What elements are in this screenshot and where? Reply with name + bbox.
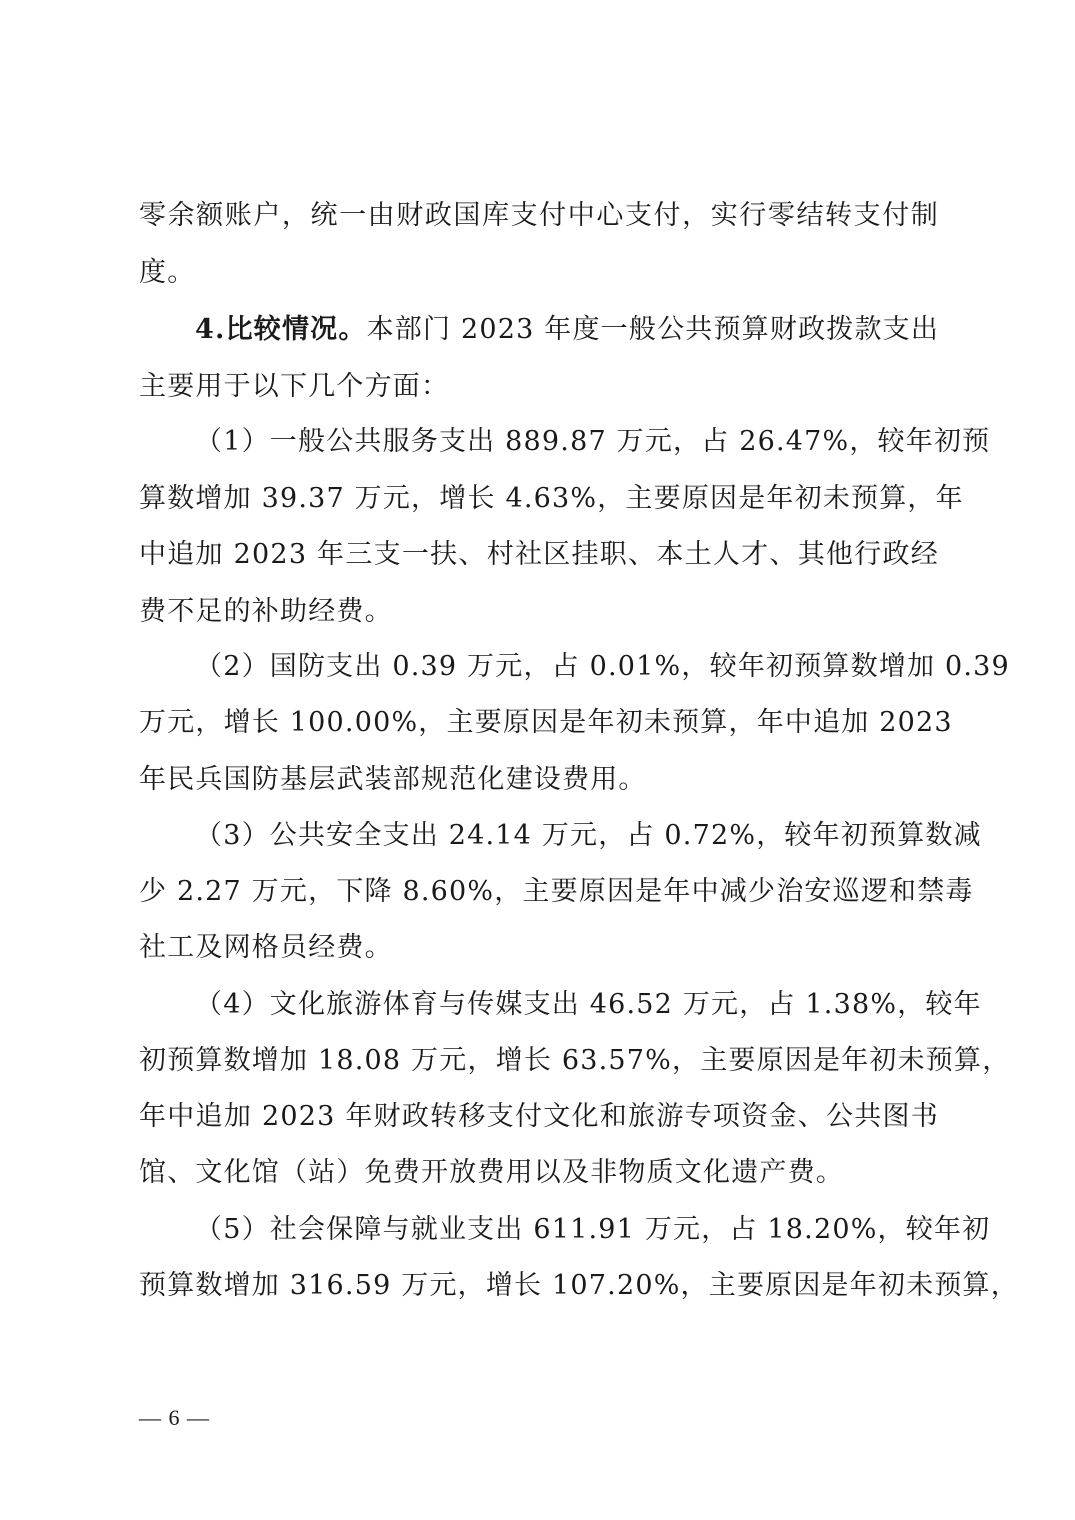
body-text-line: 算数增加 39.37 万元，增长 4.63%，主要原因是年初未预算，年 [139,481,939,517]
body-text-line: 初预算数增加 18.08 万元，增长 63.57%，主要原因是年初未预算， [139,1043,939,1079]
body-text-line: 费不足的补助经费。 [139,594,939,630]
body-text-line: 预算数增加 316.59 万元，增长 107.20%，主要原因是年初未预算， [139,1268,939,1304]
body-text-line: 中追加 2023 年三支一扶、村社区挂职、本土人才、其他行政经 [139,537,939,573]
body-text-line: 少 2.27 万元，下降 8.60%，主要原因是年中减少治安巡逻和禁毒 [139,874,939,910]
body-text-line: 零余额账户，统一由财政国库支付中心支付，实行零结转支付制 [139,198,939,234]
body-text-line: 年中追加 2023 年财政转移支付文化和旅游专项资金、公共图书 [139,1099,939,1135]
page-number: — 6 — [139,1405,210,1431]
section-heading-line: 4.比较情况。本部门 2023 年度一般公共预算财政拨款支出 [195,312,939,348]
body-text-line: 万元，增长 100.00%，主要原因是年初未预算，年中追加 2023 [139,705,939,741]
item-3-line: （3）公共安全支出 24.14 万元，占 0.72%，较年初预算数减 [195,818,939,854]
body-text-line: 主要用于以下几个方面： [139,369,939,405]
body-text: 本部门 2023 年度一般公共预算财政拨款支出 [367,314,939,345]
body-text-line: 年民兵国防基层武装部规范化建设费用。 [139,762,939,798]
body-text-line: 馆、文化馆（站）免费开放费用以及非物质文化遗产费。 [139,1155,939,1191]
item-4-line: （4）文化旅游体育与传媒支出 46.52 万元，占 1.38%，较年 [195,987,939,1023]
body-text-line: 社工及网格员经费。 [139,930,939,966]
item-1-line: （1）一般公共服务支出 889.87 万元，占 26.47%，较年初预 [195,424,939,460]
section-heading: 4.比较情况。 [195,314,367,345]
body-text-line: 度。 [139,255,939,291]
document-page: 零余额账户，统一由财政国库支付中心支付，实行零结转支付制 度。 4.比较情况。本… [0,0,1075,1520]
item-2-line: （2）国防支出 0.39 万元，占 0.01%，较年初预算数增加 0.39 [195,649,939,685]
item-5-line: （5）社会保障与就业支出 611.91 万元，占 18.20%，较年初 [195,1212,939,1248]
